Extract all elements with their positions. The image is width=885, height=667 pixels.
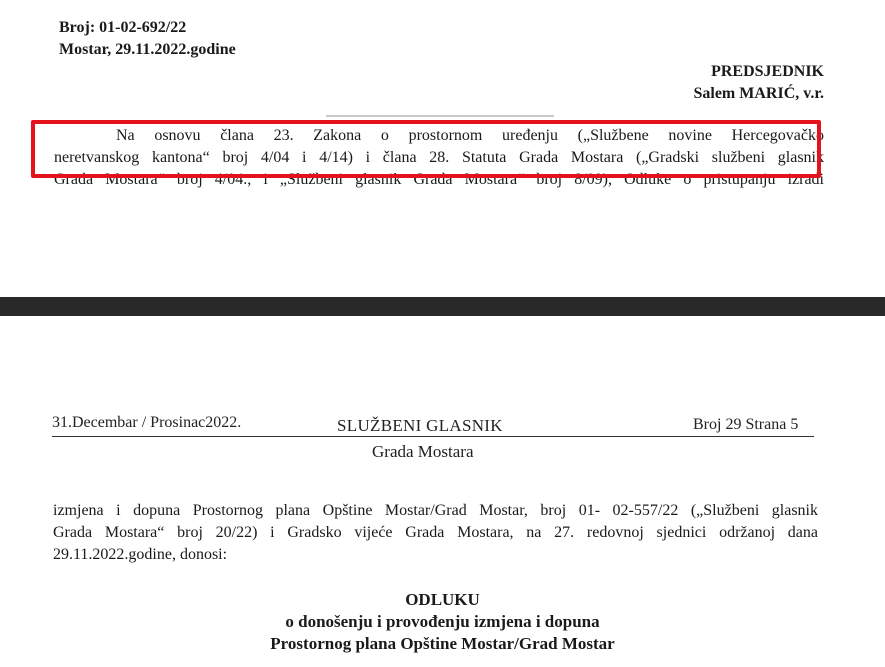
continuation-paragraph: izmjena i dopuna Prostornog plana Opštin…: [53, 500, 818, 566]
reference-place-date: Mostar, 29.11.2022.godine: [59, 41, 236, 59]
signature-underline: [326, 115, 554, 117]
signature-name: Salem MARIĆ, v.r.: [693, 85, 824, 103]
page-separator: [0, 297, 885, 316]
signature-title: PREDSJEDNIK: [711, 63, 824, 81]
reference-number: Broj: 01-02-692/22: [59, 19, 186, 37]
gazette-date: 31.Decembar / Prosinac2022.: [52, 414, 241, 432]
paragraph-line: 29.11.2022.godine, donosi:: [53, 544, 818, 566]
decision-title: ODLUKU: [0, 590, 885, 610]
highlight-box: [31, 120, 821, 178]
paragraph-line: Grada Mostara“ broj 20/22) i Gradsko vij…: [53, 522, 818, 544]
gazette-issue-page: Broj 29 Strana 5: [693, 416, 798, 434]
header-rule: [52, 436, 814, 437]
gazette-title: SLUŽBENI GLASNIK: [337, 416, 503, 436]
decision-subtitle-line-2: Prostornog plana Opštine Mostar/Grad Mos…: [0, 634, 885, 654]
gazette-subtitle: Grada Mostara: [372, 442, 474, 462]
paragraph-line: izmjena i dopuna Prostornog plana Opštin…: [53, 500, 818, 522]
decision-subtitle-line-1: o donošenju i provođenju izmjena i dopun…: [0, 612, 885, 632]
